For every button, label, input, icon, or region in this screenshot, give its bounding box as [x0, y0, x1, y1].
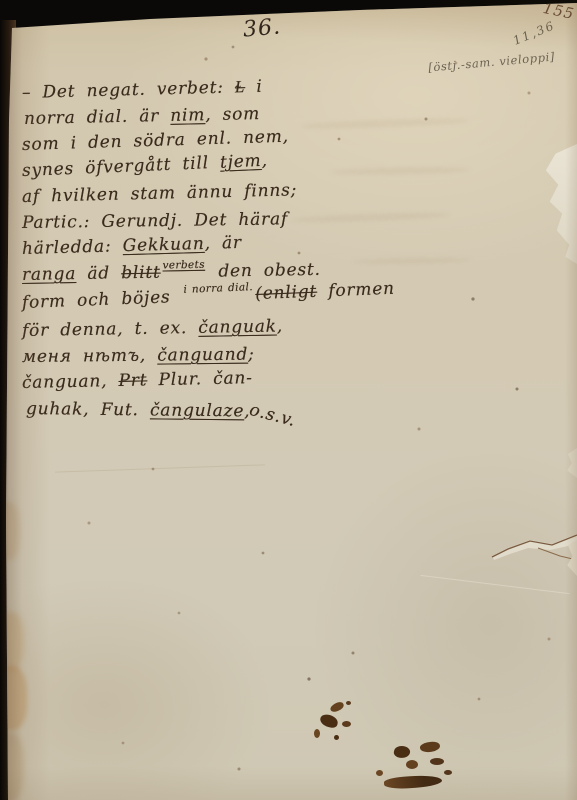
- show-through-mark: [330, 167, 470, 175]
- ink-blot-lower: [372, 740, 458, 796]
- manuscript-page: 36. 155 11,36 [östj.-sam. vieloppi] – De…: [0, 0, 577, 800]
- paper-tear-top-right: [538, 144, 577, 264]
- pencil-number: 11,36: [511, 18, 557, 48]
- manuscript-line: för denna, t. ex. čanguak,: [22, 313, 332, 344]
- manuscript-text-block: – Det negat. verbet: Ɫ inorra dial. är n…: [22, 80, 332, 422]
- page-number: 36.: [242, 14, 282, 42]
- paper-crack-mid-right: [476, 524, 577, 572]
- crease-line: [55, 464, 265, 472]
- manuscript-line: guhak, Fut. čangulaze, o.s.v.: [26, 396, 336, 425]
- show-through-mark: [352, 257, 472, 265]
- manuscript-line: čanguan, Prt Plur. čan-: [22, 364, 332, 396]
- paper-speckles: [0, 0, 2, 2]
- paper-notch-right: [564, 448, 577, 478]
- crease-line: [420, 575, 569, 594]
- photo-backdrop: 36. 155 11,36 [östj.-sam. vieloppi] – De…: [0, 0, 577, 800]
- pencil-annotation: [östj.-sam. vieloppi]: [428, 47, 577, 74]
- ink-blot-upper: [312, 693, 360, 743]
